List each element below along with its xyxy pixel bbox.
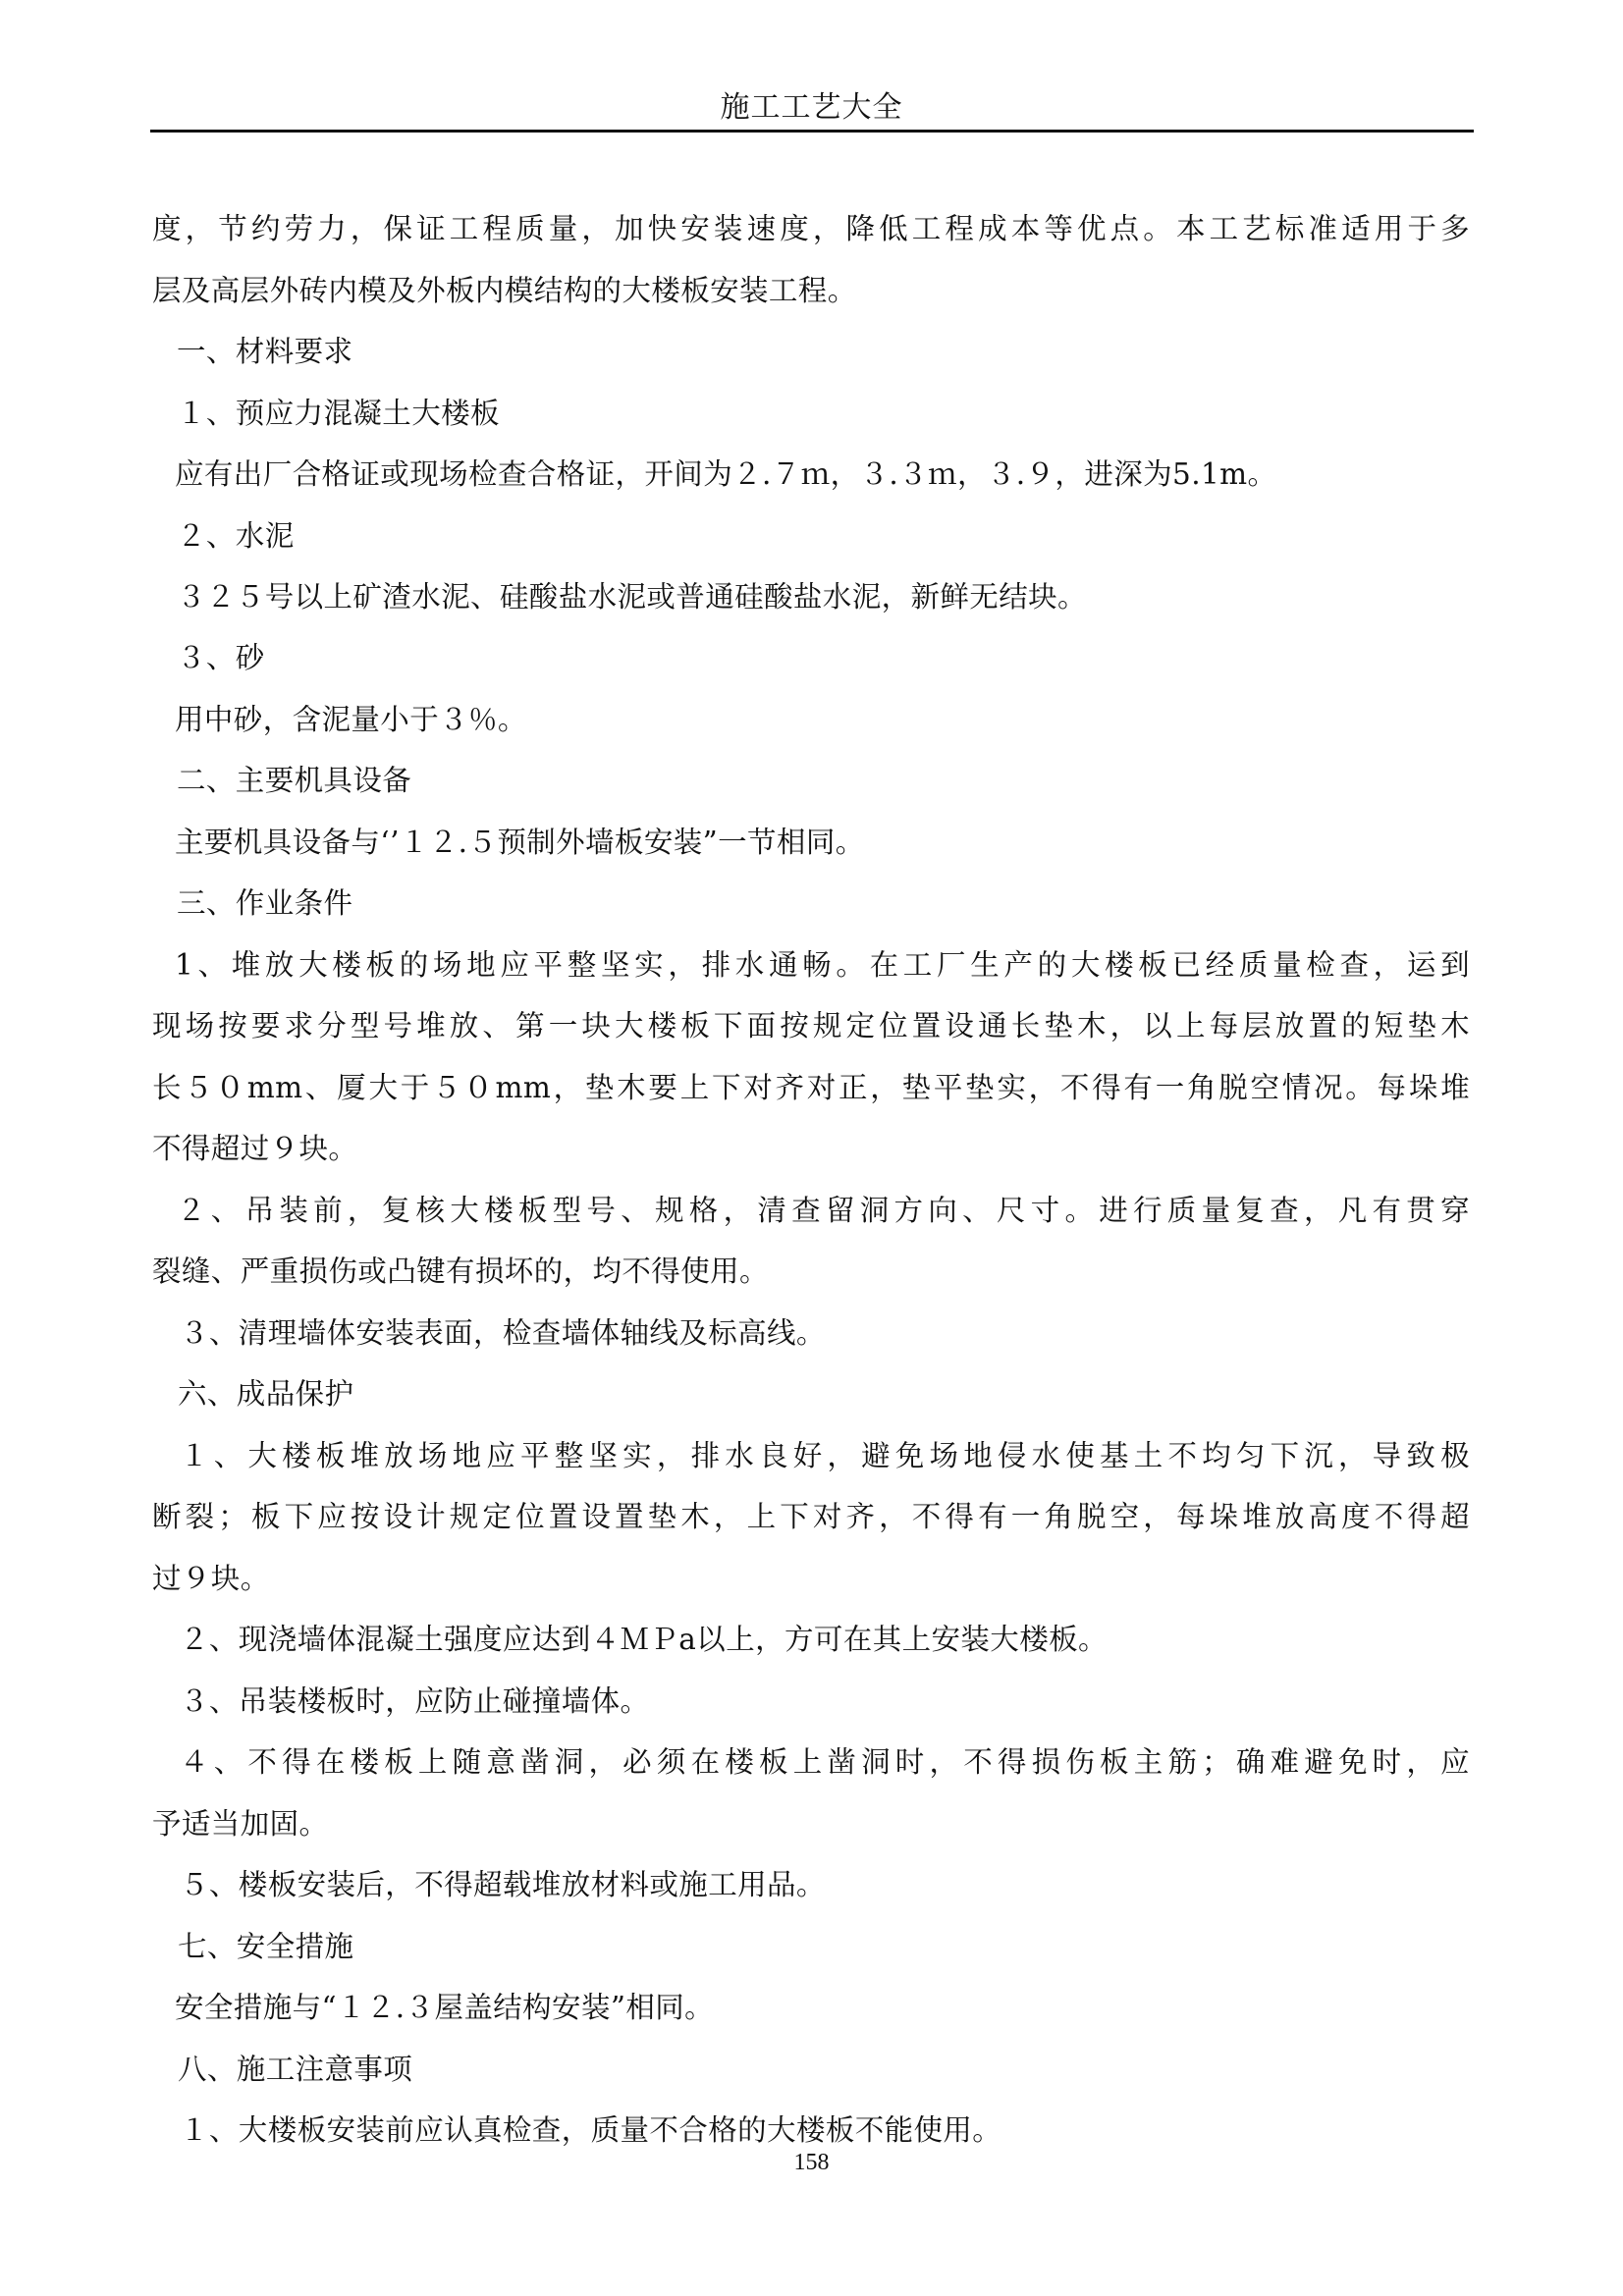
text-line: 度，节约劳力，保证工程质量，加快安装速度，降低工程成本等优点。本工艺标准适用于多: [152, 207, 1470, 250]
text-line: 应有出厂合格证或现场检查合格证，开间为２.７ｍ，３.３ｍ，３.９，进深为5.1m…: [175, 453, 1276, 496]
text-line: 安全措施与“１２.３屋盖结构安装”相同。: [175, 1986, 714, 2029]
text-line: 过９块。: [152, 1557, 270, 1600]
text-line: １、大楼板堆放场地应平整坚实，排水良好，避免场地侵水使基土不均匀下沉，导致极: [180, 1434, 1470, 1477]
text-line: ３、砂: [177, 636, 265, 679]
text-line: ２、现浇墙体混凝土强度应达到４ＭＰa以上，方可在其上安装大楼板。: [180, 1618, 1108, 1661]
text-line: ２、水泥: [177, 514, 295, 558]
page-number: 158: [0, 2148, 1623, 2177]
text-line: 六、成品保护: [178, 1372, 353, 1415]
text-line: 现场按要求分型号堆放、第一块大楼板下面按规定位置设通长垫木，以上每层放置的短垫木: [152, 1004, 1470, 1047]
text-line: 裂缝、严重损伤或凸键有损坏的，均不得使用。: [152, 1250, 769, 1293]
text-line: １、预应力混凝土大楼板: [177, 392, 500, 435]
running-header-title: 施工工艺大全: [0, 86, 1623, 130]
text-line: 用中砂，含泥量小于３％。: [175, 698, 527, 741]
text-line: １、大楼板安装前应认真检查，质量不合格的大楼板不能使用。: [180, 2109, 1001, 2152]
text-line: 断裂；板下应按设计规定位置设置垫木，上下对齐，不得有一角脱空，每垛堆放高度不得超: [152, 1495, 1470, 1538]
text-line: 七、安全措施: [178, 1925, 353, 1968]
text-line: ３、吊装楼板时，应防止碰撞墙体。: [180, 1680, 649, 1723]
text-line: 不得超过９块。: [152, 1127, 357, 1170]
text-line: ３、清理墙体安装表面，检查墙体轴线及标高线。: [180, 1311, 826, 1355]
text-line: ２、吊装前，复核大楼板型号、规格，清查留洞方向、尺寸。进行质量复查，凡有贯穿: [177, 1189, 1470, 1232]
text-line: 三、作业条件: [177, 881, 352, 925]
text-line: 层及高层外砖内模及外板内模结构的大楼板安装工程。: [152, 269, 857, 312]
text-line: ４、不得在楼板上随意凿洞，必须在楼板上凿洞时，不得损伤板主筋；确难避免时，应: [180, 1740, 1470, 1784]
text-line: ３２５号以上矿渣水泥、硅酸盐水泥或普通硅酸盐水泥，新鲜无结块。: [177, 575, 1087, 618]
text-line: 予适当加固。: [152, 1802, 328, 1845]
text-line: 八、施工注意事项: [178, 2048, 412, 2091]
text-line: ５、楼板安装后，不得超载堆放材料或施工用品。: [180, 1863, 826, 1906]
header-divider: [150, 130, 1474, 133]
text-line: 主要机具设备与‘’１２.５预制外墙板安装”一节相同。: [175, 821, 865, 864]
text-line: 二、主要机具设备: [177, 759, 411, 802]
text-line: 1、堆放大楼板的场地应平整坚实，排水通畅。在工厂生产的大楼板已经质量检查，运到: [175, 943, 1470, 987]
text-line: 一、材料要求: [177, 330, 352, 373]
text-line: 长５０mm、厦大于５０mm，垫木要上下对齐对正，垫平垫实，不得有一角脱空情况。每…: [152, 1066, 1470, 1109]
